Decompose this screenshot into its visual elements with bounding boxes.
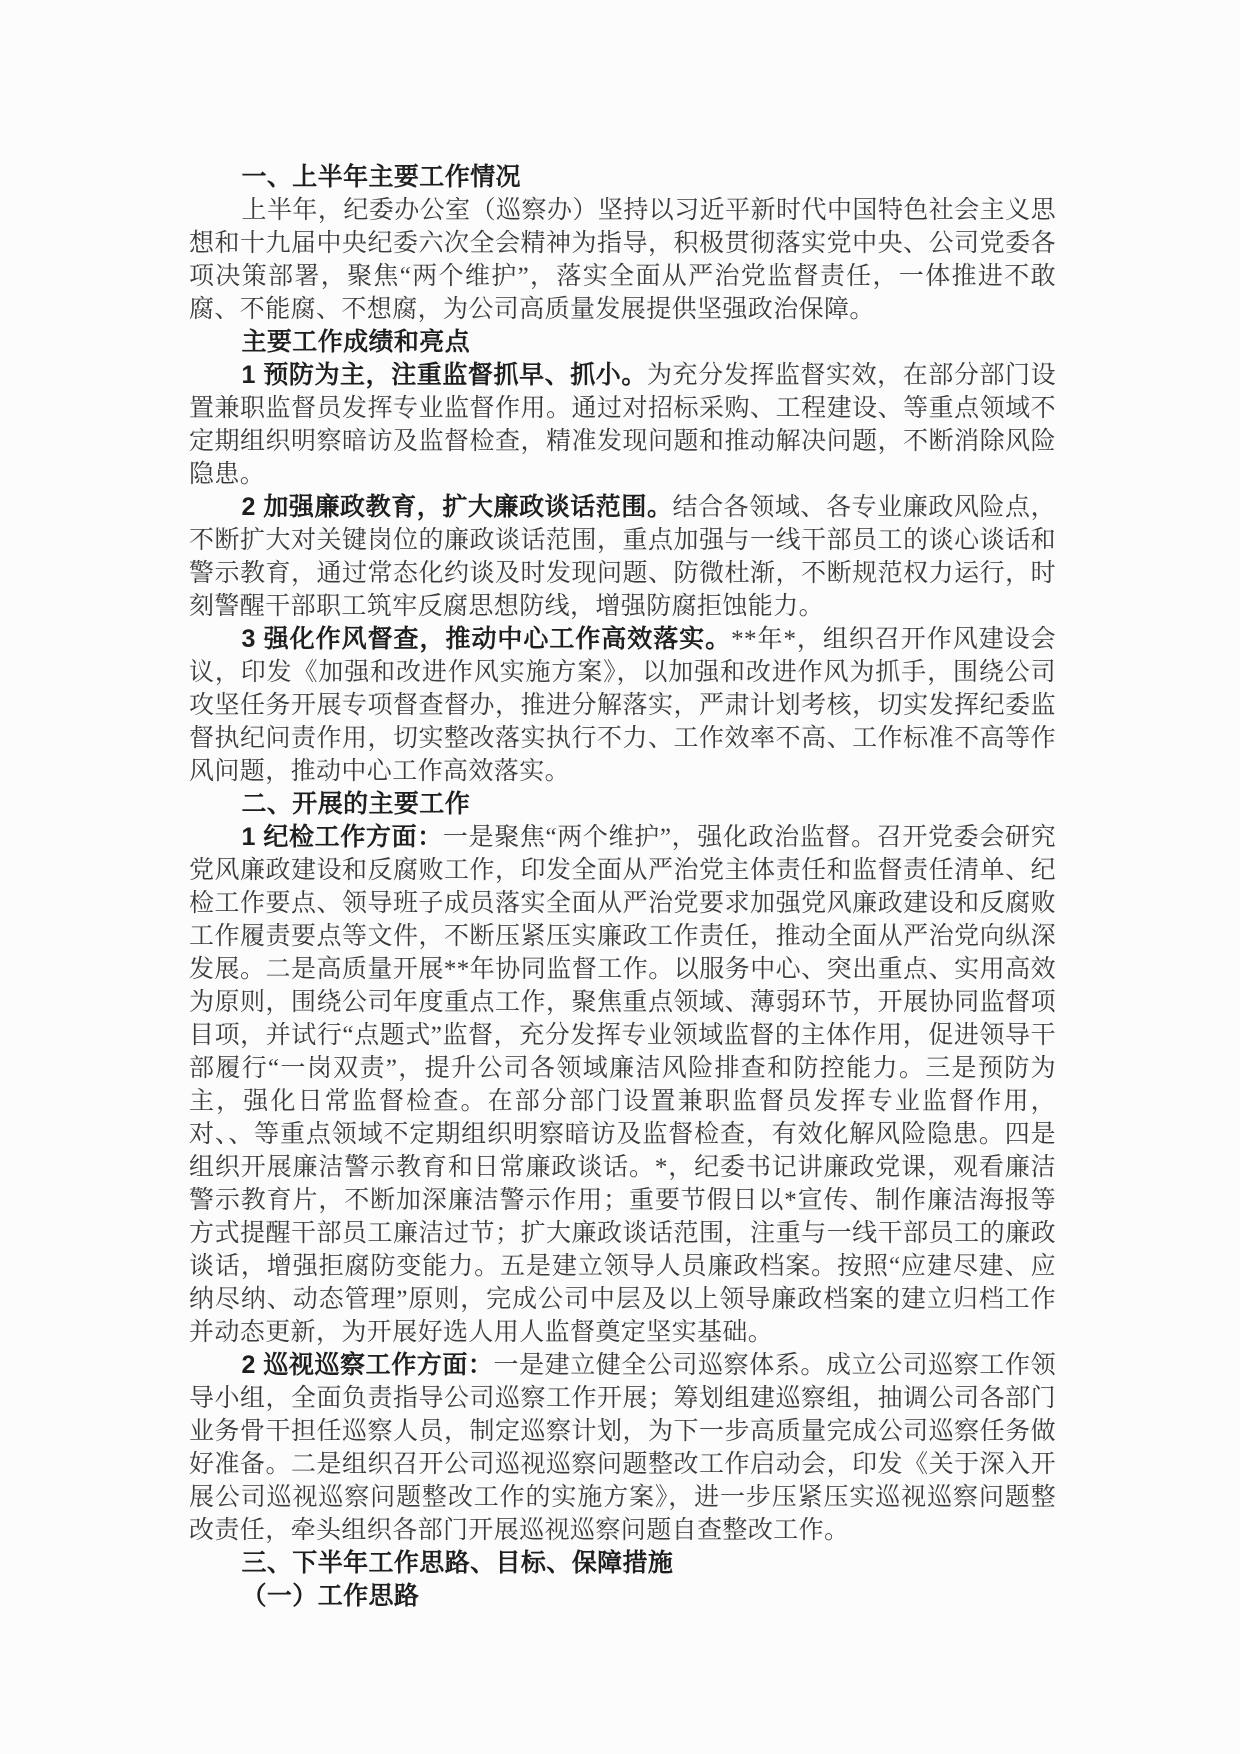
paragraph: 2 加强廉政教育，扩大廉政谈话范围。结合各领域、各专业廉政风险点，不断扩大对关键… <box>189 491 1056 623</box>
paragraph-lead: 1 纪检工作方面： <box>242 823 443 851</box>
paragraph-lead: 2 加强廉政教育，扩大廉政谈话范围。 <box>242 493 673 521</box>
section-heading: 主要工作成绩和亮点 <box>189 326 1056 359</box>
paragraph: 上半年，纪委办公室（巡察办）坚持以习近平新时代中国特色社会主义思想和十九届中央纪… <box>189 194 1056 326</box>
paragraph: 1 预防为主，注重监督抓早、抓小。为充分发挥监督实效，在部分部门设置兼职监督员发… <box>189 359 1056 491</box>
paragraph: 3 强化作风督查，推动中心工作高效落实。**年*，组织召开作风建设会议，印发《加… <box>189 623 1056 788</box>
paragraph-lead: 1 预防为主，注重监督抓早、抓小。 <box>242 361 647 389</box>
section-heading: 三、下半年工作思路、目标、保障措施 <box>189 1547 1056 1580</box>
paragraph: 2 巡视巡察工作方面：一是建立健全公司巡察体系。成立公司巡察工作领导小组，全面负… <box>189 1349 1056 1547</box>
document-page: 一、上半年主要工作情况上半年，纪委办公室（巡察办）坚持以习近平新时代中国特色社会… <box>0 0 1240 1754</box>
paragraph: 1 纪检工作方面：一是聚焦“两个维护”，强化政治监督。召开党委会研究党风廉政建设… <box>189 821 1056 1349</box>
paragraph-text: 一是聚焦“两个维护”，强化政治监督。召开党委会研究党风廉政建设和反腐败工作，印发… <box>189 824 1056 1346</box>
paragraph-lead: 2 巡视巡察工作方面： <box>242 1351 494 1379</box>
paragraph-lead: 3 强化作风督查，推动中心工作高效落实。 <box>242 625 732 653</box>
document-body: 一、上半年主要工作情况上半年，纪委办公室（巡察办）坚持以习近平新时代中国特色社会… <box>0 0 1240 1613</box>
section-heading: （一）工作思路 <box>189 1580 1056 1613</box>
section-heading: 二、开展的主要工作 <box>189 788 1056 821</box>
section-heading: 一、上半年主要工作情况 <box>189 161 1056 194</box>
paragraph-text: 一是建立健全公司巡察体系。成立公司巡察工作领导小组，全面负责指导公司巡察工作开展… <box>189 1352 1056 1544</box>
paragraph-text: 上半年，纪委办公室（巡察办）坚持以习近平新时代中国特色社会主义思想和十九届中央纪… <box>189 197 1056 323</box>
